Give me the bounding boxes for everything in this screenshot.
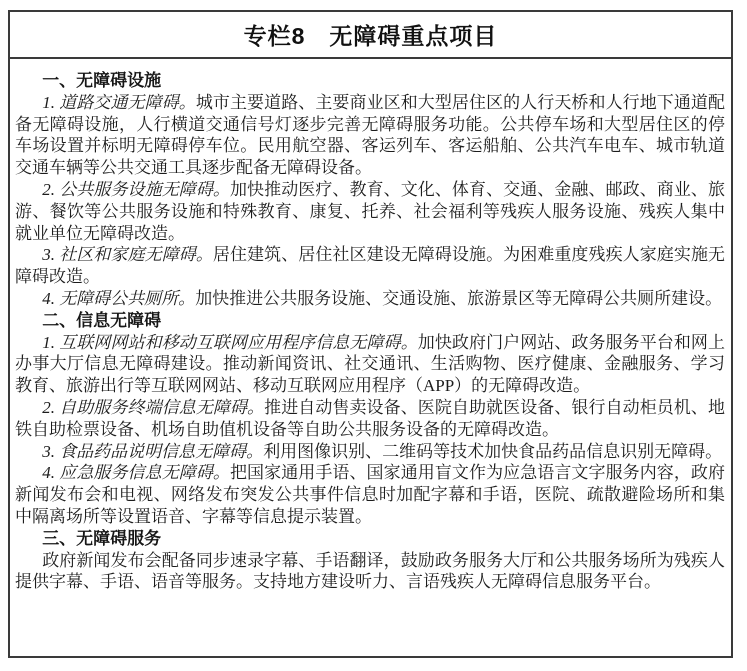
panel-body: 一、无障碍设施 1. 道路交通无障碍。城市主要道路、主要商业区和大型居住区的人行… [10, 59, 731, 593]
list-item: 2. 自助服务终端信息无障碍。推进自动售卖设备、医院自助就医设备、银行自动柜员机… [15, 397, 725, 441]
item-body: 利用图像识别、二维码等技术加快食品药品信息识别无障碍。 [263, 442, 722, 461]
list-item: 1. 道路交通无障碍。城市主要道路、主要商业区和大型居住区的人行天桥和人行地下通… [15, 92, 725, 179]
item-lead: 2. 公共服务设施无障碍。 [42, 180, 230, 199]
item-lead: 1. 道路交通无障碍。 [42, 93, 196, 112]
item-lead: 3. 食品药品说明信息无障碍。 [42, 442, 263, 461]
section-heading-information: 二、信息无障碍 [15, 310, 725, 332]
item-lead: 1. 互联网网站和移动互联网应用程序信息无障碍。 [42, 333, 418, 352]
section-heading-services: 三、无障碍服务 [15, 528, 725, 550]
item-lead: 4. 应急服务信息无障碍。 [42, 463, 230, 482]
item-lead: 4. 无障碍公共厕所。 [42, 289, 195, 308]
list-item: 2. 公共服务设施无障碍。加快推动医疗、教育、文化、体育、交通、金融、邮政、商业… [15, 179, 725, 244]
list-item: 4. 应急服务信息无障碍。把国家通用手语、国家通用盲文作为应急语言文字服务内容，… [15, 462, 725, 527]
list-item: 1. 互联网网站和移动互联网应用程序信息无障碍。加快政府门户网站、政务服务平台和… [15, 332, 725, 397]
list-item: 3. 社区和家庭无障碍。居住建筑、居住社区建设无障碍设施。为困难重度残疾人家庭实… [15, 244, 725, 288]
item-body: 政府新闻发布会配备同步速录字幕、手语翻译，鼓励政务服务大厅和公共服务场所为残疾人… [15, 551, 725, 592]
item-lead: 3. 社区和家庭无障碍。 [42, 245, 213, 264]
item-body: 加快推进公共服务设施、交通设施、旅游景区等无障碍公共厕所建设。 [195, 289, 722, 308]
section-heading-facilities: 一、无障碍设施 [15, 70, 725, 92]
list-item: 政府新闻发布会配备同步速录字幕、手语翻译，鼓励政务服务大厅和公共服务场所为残疾人… [15, 550, 725, 594]
panel-title: 专栏8 无障碍重点项目 [10, 12, 731, 59]
list-item: 4. 无障碍公共厕所。加快推进公共服务设施、交通设施、旅游景区等无障碍公共厕所建… [15, 288, 725, 310]
item-lead: 2. 自助服务终端信息无障碍。 [42, 398, 264, 417]
list-item: 3. 食品药品说明信息无障碍。利用图像识别、二维码等技术加快食品药品信息识别无障… [15, 441, 725, 463]
column-box-panel: 专栏8 无障碍重点项目 一、无障碍设施 1. 道路交通无障碍。城市主要道路、主要… [8, 10, 733, 658]
